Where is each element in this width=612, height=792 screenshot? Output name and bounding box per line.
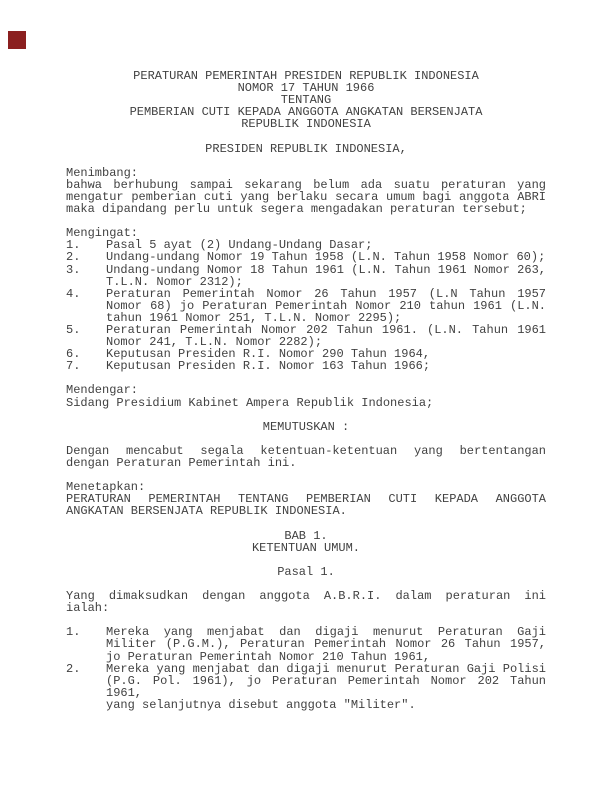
title-line-5: REPUBLIK INDONESIA — [66, 118, 546, 130]
document-content: PERATURAN PEMERINTAH PRESIDEN REPUBLIK I… — [66, 70, 546, 711]
list-item-text: Mereka yang menjabat dan digaji menurut … — [106, 626, 546, 662]
spacer — [66, 409, 546, 421]
document-page: PERATURAN PEMERINTAH PRESIDEN REPUBLIK I… — [0, 0, 612, 792]
list-item-number: 2. — [66, 663, 106, 675]
spacer — [66, 372, 546, 384]
pasal-intro: Yang dimaksudkan dengan anggota A.B.R.I.… — [66, 590, 546, 614]
list-item-paragraph: Mereka yang menjabat dan digaji menurut … — [106, 626, 546, 662]
list-item-number: 1. — [66, 626, 106, 638]
list-item-text: Undang-undang Nomor 18 Tahun 1961 (L.N. … — [106, 264, 546, 288]
menimbang-body: bahwa berhubung sampai sekarang belum ad… — [66, 179, 546, 215]
mendengar-body: Sidang Presidium Kabinet Ampera Republik… — [66, 397, 546, 409]
bab-subheading: KETENTUAN UMUM. — [66, 542, 546, 554]
list-item-text: Peraturan Pemerintah Nomor 26 Tahun 1957… — [106, 288, 546, 324]
list-item: 2. Undang-undang Nomor 19 Tahun 1958 (L.… — [66, 251, 546, 263]
list-item-number: 5. — [66, 324, 106, 336]
list-item: 3. Undang-undang Nomor 18 Tahun 1961 (L.… — [66, 264, 546, 288]
bab-heading: BAB 1. — [66, 530, 546, 542]
list-item: 4. Peraturan Pemerintah Nomor 26 Tahun 1… — [66, 288, 546, 324]
list-item: 5. Peraturan Pemerintah Nomor 202 Tahun … — [66, 324, 546, 348]
list-item-text: Mereka yang menjabat dan digaji menurut … — [106, 663, 546, 711]
spacer — [66, 215, 546, 227]
regulation-title: PERATURAN PEMERINTAH PRESIDEN REPUBLIK I… — [66, 70, 546, 130]
red-square-marker — [8, 31, 26, 49]
list-item-number: 3. — [66, 264, 106, 276]
list-item-text: Keputusan Presiden R.I. Nomor 163 Tahun … — [106, 360, 546, 372]
memutuskan-body: Dengan mencabut segala ketentuan-ketentu… — [66, 445, 546, 469]
spacer — [66, 130, 546, 142]
list-item-paragraph: Mereka yang menjabat dan digaji menurut … — [106, 663, 546, 699]
list-item: 2. Mereka yang menjabat dan digaji menur… — [66, 663, 546, 711]
list-item-text: Peraturan Pemerintah Nomor 202 Tahun 196… — [106, 324, 546, 348]
list-item-number: 2. — [66, 251, 106, 263]
list-item-text: Undang-undang Nomor 19 Tahun 1958 (L.N. … — [106, 251, 546, 263]
salutation: PRESIDEN REPUBLIK INDONESIA, — [66, 143, 546, 155]
menetapkan-body: PERATURAN PEMERINTAH TENTANG PEMBERIAN C… — [66, 493, 546, 517]
spacer — [66, 517, 546, 529]
list-item: 7. Keputusan Presiden R.I. Nomor 163 Tah… — [66, 360, 546, 372]
list-item-paragraph: yang selanjutnya disebut anggota "Milite… — [106, 699, 546, 711]
pasal-heading: Pasal 1. — [66, 566, 546, 578]
list-item-number: 7. — [66, 360, 106, 372]
mendengar-label: Mendengar: — [66, 384, 546, 396]
list-item: 1. Mereka yang menjabat dan digaji menur… — [66, 626, 546, 662]
list-item-number: 4. — [66, 288, 106, 300]
spacer — [66, 155, 546, 167]
memutuskan-heading: MEMUTUSKAN : — [66, 421, 546, 433]
